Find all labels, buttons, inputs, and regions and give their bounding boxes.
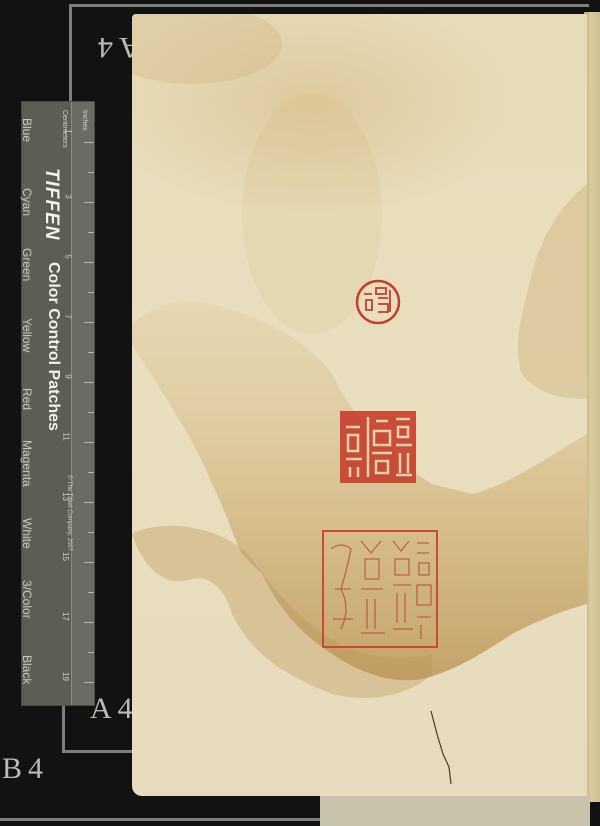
cm-tick-15: 15: [61, 552, 70, 561]
grid-line-lower-vertical: [62, 704, 65, 752]
patch-label-yellow: Yellow: [20, 318, 34, 352]
book-page: [132, 14, 587, 796]
patch-label-black: Black: [20, 655, 34, 684]
patch-label-cyan: Cyan: [20, 188, 34, 216]
grid-label-b4: B4: [2, 752, 49, 786]
patch-label-magenta: Magenta: [20, 440, 34, 487]
tiffen-logo: TIFFEN: [40, 168, 62, 241]
patch-label-white: White: [20, 518, 34, 549]
patch-label-green: Green: [20, 248, 34, 281]
cm-tick-17: 17: [61, 612, 70, 621]
patch-label-red: Red: [20, 388, 34, 410]
water-stain: [132, 14, 587, 796]
grid-line-top: [69, 4, 589, 7]
centimeters-label: Centimeters: [61, 110, 68, 148]
grid-line-bottom: [0, 818, 330, 821]
ruler-copyright: © The Tiffen Company, 2007: [66, 475, 72, 551]
square-seal-stamp-middle: [338, 409, 418, 485]
inches-label: Inches: [81, 110, 88, 131]
cm-tick-11: 11: [61, 432, 70, 440]
cm-tick-5: 5: [63, 254, 72, 258]
paper-crack: [427, 709, 467, 789]
lower-page-edge: [320, 794, 590, 826]
cm-tick-7: 7: [63, 314, 72, 318]
round-seal-stamp: [354, 278, 402, 326]
cm-tick-3: 3: [63, 194, 72, 198]
cm-tick-9: 9: [63, 374, 72, 378]
ruler-title: Color Control Patches: [44, 262, 62, 431]
patch-label-3color: 3/Color: [20, 580, 34, 619]
ruler-scale: [71, 102, 94, 705]
patch-label-blue: Blue: [20, 118, 34, 142]
cm-tick-19: 19: [61, 672, 70, 681]
grid-line-lower-horizontal: [62, 750, 134, 753]
square-seal-stamp-lower: [321, 529, 439, 649]
grid-line-left-vertical: [69, 4, 72, 104]
